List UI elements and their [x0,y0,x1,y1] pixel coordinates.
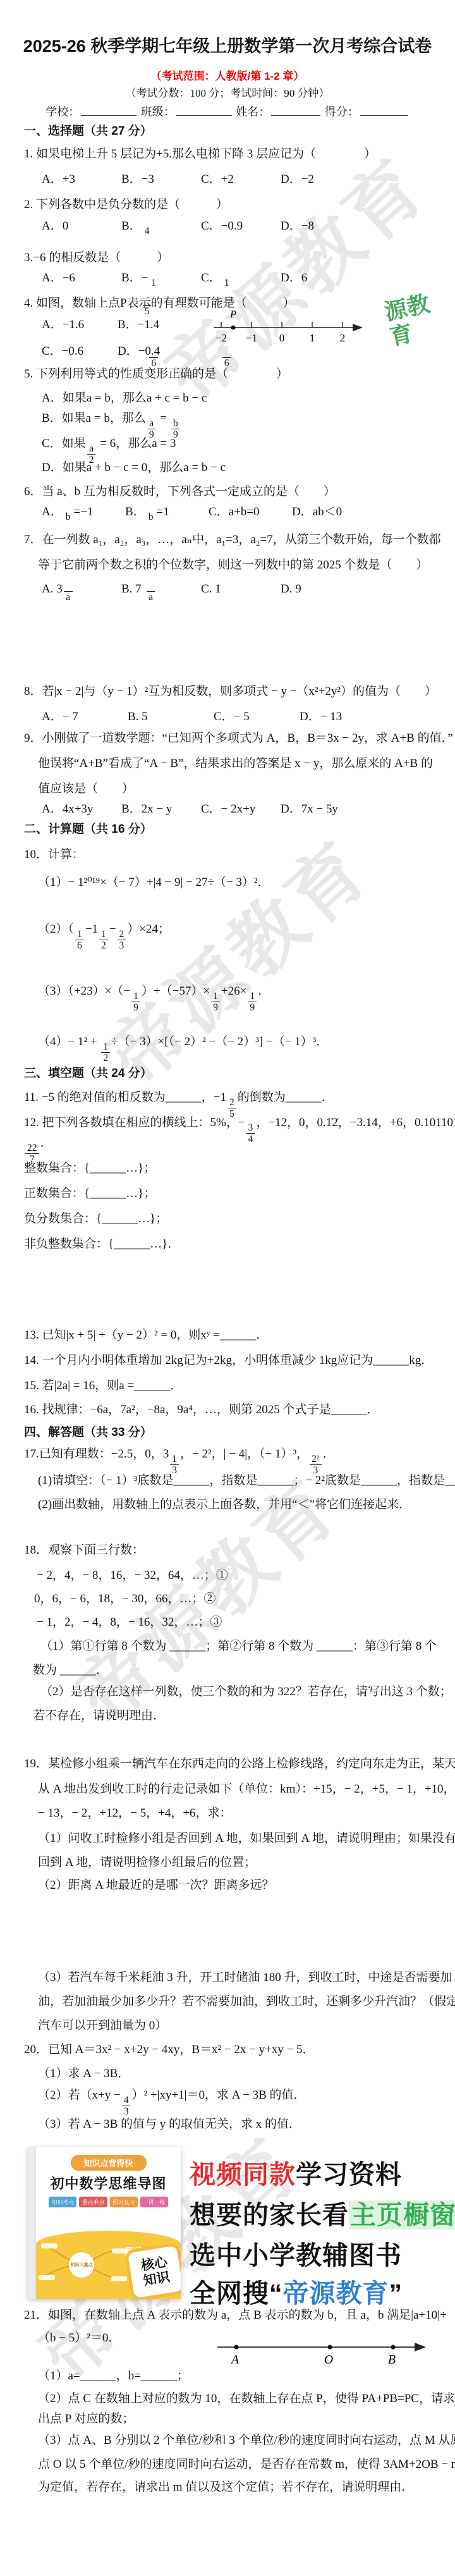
question-9-stem-line2: 他误将“A+B”看成了“A − B”，结果求出的答案是 x − y，那么原来的 … [24,756,433,772]
q1-option-c: C．+2 [201,172,281,188]
section-3-heading: 三、填空题（共 24 分） [24,1066,152,1082]
q10-part-2: （2）（16−112−23）×24； [24,922,170,951]
ad-line-2-pre: 想要的家长看 [190,2200,349,2229]
q19-sub-2: （2）距离 A 地最近的是哪一次？距离多远？ [24,1878,274,1894]
q4-tick-label: −2 [215,332,227,344]
q4-tick-label: 2 [340,332,346,344]
question-8-options: A．− 7 B. 5 C．− 5 D．− 13 [24,709,385,725]
q18-sub-2-cont: 若不存在，请说明理由． [24,1708,165,1724]
ad-brand-name: 帝源教育 [283,2279,389,2308]
core-knowledge-badge: 核心知识 [124,2242,181,2299]
class-label: 班级： [141,106,175,118]
q9-option-d: D．7x − 5y [281,802,360,818]
q4-point-p-dot [231,326,236,330]
q18-row-1: − 2，4，− 8，16，− 32，64，…；① [24,1568,228,1584]
book-front-cover: 知识点背得快 初中数学思维导图 知识考点 重点难点 预习复习 一讲一练 [36,2147,181,2299]
question-9-stem-line1: 9．小刚做了一道数学题：“已知两个多项式为 A，B，B＝3x − 2y，求 A+… [24,731,453,747]
q7-option-a: A. 3 [42,582,121,598]
question-21-stem-line2: （b − 5）²＝0． [24,2331,120,2346]
q21-sub-3-cont2: 为定值，若存在，请求出 m 值以及这个定值；若不存在，请说明理由． [24,2480,413,2496]
q8-option-d: D．− 13 [300,709,385,725]
q21-label-b: B [388,2353,396,2367]
question-18-stem: 18．观察下面三行数： [24,1543,144,1559]
ad-line-1-highlight: 视频同款 [190,2160,296,2189]
q4-option-b: B．−1.4 [118,317,193,333]
exam-page: 帝源教育 帝源教育 帝源教育 帝源教育 源教育 2025-26 秋季学期七年级上… [0,0,455,2576]
book-title: 初中数学思维导图 [36,2173,181,2193]
q17-sub-1: (1)请填空：（− 1）³底数是______，指数是______；− 2²底数是… [24,1473,455,1489]
q18-row-2: 0，6，− 6，18，− 30，66，…；② [24,1592,215,1607]
q19-sub-3-cont1: 油，若加油最少加多少升？若不需要加油，到收工时，还剩多少升汽油？（假定 [24,1994,455,2010]
question-3-stem: 3.−6 的相反数是（ ） [24,250,169,266]
ad-line-1-rest: 学习资料 [296,2160,402,2189]
question-4-options-row2: C．−0.6 D．−0.4 [24,344,193,360]
q10-part-4: （4）− 1² + 12÷（− 3）×[（− 2）² −（− 2）³] −（− … [24,1034,328,1064]
q18-sub-1: （1）第①行第 8 个数为 ______；第②行第 8 个数为 ______：第… [24,1639,437,1655]
q20-sub-2: （2）若（x+y −43）² +|xy+1|＝0，求 A − 3B 的值． [24,2088,306,2117]
book-cover-image: 知识点背得快 初中数学思维导图 知识考点 重点难点 预习复习 一讲一练 [28,2147,181,2299]
q1-option-d: D．−2 [281,172,360,188]
question-19-stem-line1: 19．某检修小组乘一辆汽车在东西走向的公路上检修线路，约定向东走为正，某天 [24,1757,455,1772]
question-6-stem: 6．当 a、b 互为相反数时，下列各式一定成立的是（ ） [24,484,336,500]
q19-sub-3-cont2: 汽车可以开到油量为 0） [24,2018,167,2034]
q9-option-b: B．2x − y [121,802,201,818]
q21-point-o-dot [327,2345,332,2349]
q12-set-integers: 整数集合：{______…}； [24,1161,155,1177]
question-8-stem: 8．若|x − 2|与（y − 1）²互为相反数，则多项式 − y −（x²+2… [24,684,437,700]
q21-sub-2: （2）点 C 在数轴上对应的数为 10，在数轴上存在点 P，使得 PA+PB=P… [24,2391,455,2407]
question-17-stem: 17.已知有理数：−2.5，0，313，− 2²，| − 4|，（− 1）³，2… [24,1447,335,1476]
q19-sub-3: （3）若汽车每千米耗油 3 升，开工时储油 180 升，到收工时，中途是否需要加 [24,1970,452,1986]
question-13-stem: 13. 已知|x + 5| +（y − 2）² = 0，则xʸ =______． [24,1328,268,1344]
q21-numberline: A O B [217,2336,427,2370]
q7-option-c: C. 1 [201,582,281,598]
q5-option-a: A．如果a = b，那么a + c = b − c [24,391,207,407]
book-tag: 一讲一练 [140,2197,168,2207]
question-20-stem: 20．已知 A＝3x² − x+2y − 4xy，B＝x² − 2x − y+x… [24,2042,315,2058]
q19-sub-1-cont: 回到 A 地，请说明检修小组最后的位置； [24,1855,256,1871]
student-fields: 学校： 班级： 姓名： 得分： [0,103,455,120]
q8-option-b: B. 5 [128,709,214,725]
q7-option-b: B. 7 [121,582,201,598]
q17-sub-2: (2)画出数轴，用数轴上的点表示上面各数，并用“＜”将它们连接起来． [24,1497,411,1513]
q4-point-p-label: P [229,309,236,320]
q12-set-negative-fractions: 负分数集合：{______…}； [24,1211,167,1227]
ad-line-2: 想要的家长看主页橱窗 [190,2194,455,2231]
question-16-stem: 16. 找规律：−6a，7a²，−8a，9a⁴，…，则第 2025 个式子是__… [24,1402,379,1418]
ad-line-2-highlight: 主页橱窗 [349,2200,455,2229]
q4-option-a: A．−1.6 [42,317,118,333]
school-blank [81,103,136,116]
q4-numberline: P −2 −1 0 1 2 [212,309,364,357]
q21-point-a-dot [234,2345,238,2349]
ad-line-1: 视频同款学习资料 [190,2154,402,2191]
name-label: 姓名： [236,106,270,118]
q21-sub-1: （1）a=______，b=______； [24,2369,189,2384]
question-19-stem-line3: − 13，− 2，+12，− 5，+4，+6，求： [24,1806,232,1822]
green-stamp: 源教育 [382,287,454,349]
page-title: 2025-26 秋季学期七年级上册数学第一次月考综合试卷 [0,35,455,58]
q9-option-c: C．− 2x+y [201,802,281,818]
book-tags: 知识考点 重点难点 预习复习 一讲一练 [36,2197,181,2207]
book-center-circle: 知识大重点 [69,2252,94,2278]
q20-sub-1: （1）求 A − 3B． [24,2066,130,2082]
q4-option-d: D．−0.4 [118,344,193,360]
question-7-options: A. 3 B. 7 C. 1 D. 9 [24,582,360,598]
q18-sub-1-cont: 数为 ______． [24,1663,108,1679]
ad-line-4-post: ” [389,2279,403,2308]
q4-tick-label: 1 [310,332,315,344]
q10-part-3: （3）（+23）×（−19）+（−57）×19+26×19． [24,984,270,1013]
question-1-stem: 1. 如果电梯上升 5 层记为+5.那么电梯下降 3 层应记为（ ） [24,147,376,163]
book-tag: 重点难点 [79,2197,107,2207]
question-15-stem: 15. 若|2a| = 16，则a =______． [24,1378,182,1394]
q8-option-c: C．− 5 [214,709,300,725]
q21-label-o: O [324,2353,333,2367]
question-12-stem: 12. 把下列各数填在相应的横线上：5%，−34，−12，0，0.1̇2̇，−3… [24,1115,455,1144]
question-4-options-row1: A．−1.6 B．−1.4 [24,317,193,333]
q20-sub-3: （3）若 A − 3B 的值与 y 的取值无关，求 x 的值． [24,2117,301,2133]
score-label: 得分： [325,106,359,118]
school-label: 学校： [45,106,80,118]
core-knowledge-badge-text: 核心知识 [139,2255,173,2290]
q10-part-1: （1）− 1²⁰¹⁹×（− 7）+|4 − 9| − 27÷（− 3）²． [24,875,270,891]
ad-line-3: 选中小学教辅图书 [190,2235,402,2272]
question-9-stem-line3: 值应该是（ ） [24,782,134,797]
question-21-stem-line1: 21．如图，在数轴上点 A 表示的数为 a，点 B 表示的数为 b，且 a，b … [24,2308,447,2324]
q4-tick-label: −1 [246,332,257,344]
question-14-stem: 14. 一个月内小明体重增加 2kg记为+2kg，小明体重减少 1kg应记为__… [24,1353,433,1369]
q18-sub-2: （2）是否存在这样一列数，使三个数的和为 322？若存在，请写出这 3 个数； [24,1684,452,1700]
q7-option-d: D. 9 [281,582,360,598]
exam-info: （考试分数：100 分；考试时间：90 分钟） [0,87,455,101]
section-4-heading: 四、解答题（共 33 分） [24,1425,152,1441]
book-banner-pill: 知识点背得快 [71,2155,147,2171]
q5-option-d: D．如果a + b − c = 0，那么a = b − c [24,460,226,476]
book-tag: 知识考点 [49,2197,76,2207]
question-1-options: A．+3 B．−3 C．+2 D．−2 [24,172,360,188]
q19-sub-1: （1）问收工时检修小组是否回到 A 地，如果回到 A 地，请说明理由；如果没有 [24,1831,455,1847]
q18-row-3: − 1，2，− 4，8，− 16，32，…；③ [24,1615,222,1631]
q21-sub-3: （3）点 A、B 分别以 2 个单位/秒和 3 个单位/秒的速度同时向右运动，点… [24,2433,455,2449]
book-tag: 预习复习 [110,2197,138,2207]
question-2-stem: 2. 下列各数中是负分数的是（ ） [24,197,228,213]
question-9-options: A．4x+3y B．2x − y C．− 2x+y D．7x − 5y [24,802,360,818]
question-7-stem-line1: 7．在一列数 a₁，a₂，a₃，…，aₙ中，a₁=3，a₂=7，从第三个数开始，… [24,532,441,548]
q9-option-a: A．4x+3y [42,802,121,818]
q12-set-nonneg-integers: 非负整数集合：{______…}． [24,1237,179,1253]
ad-line-4: 全网搜“帝源教育” [190,2272,403,2310]
class-blank [176,103,232,116]
q21-sub-3-cont1: 点 O 以 5 个单位/秒的速度同时向右运动，是否存在常数 m，使得 3AM+2… [24,2457,455,2473]
section-2-heading: 二、计算题（共 16 分） [24,822,152,838]
q8-option-a: A．− 7 [42,709,128,725]
section-1-heading: 一、选择题（共 27 分） [24,124,152,140]
q4-option-c: C．−0.6 [42,344,118,360]
question-10-head: 10．计算： [24,847,84,863]
name-blank [271,103,320,116]
q1-option-b: B．−3 [121,172,201,188]
question-7-stem-line2: 等于它前两个数之积的个位数字，则这一列数中的第 2025 个数是（ ） [24,558,428,573]
q21-sub-2-cont: 出点 P 对应的数； [24,2412,134,2427]
question-19-stem-line2: 从 A 地出发到收工时的行走记录如下（单位：km）：+15，− 2，+5，− 1… [24,1782,455,1798]
q21-label-a: A [230,2353,240,2367]
score-blank [360,103,408,116]
book-spine [28,2147,36,2299]
q1-option-a: A．+3 [42,172,121,188]
q12-set-positives: 正数集合：{______…}； [24,1186,155,1202]
question-5-stem: 5. 下列利用等式的性质变形正确的是（ ） [24,367,288,383]
q4-tick-label: 0 [279,332,285,344]
ad-line-4-pre: 全网搜“ [190,2279,283,2308]
q21-point-b-dot [391,2345,395,2349]
exam-scope: （考试范围：人教版/第 1-2 章） [0,70,455,83]
ad-banner: 知识点背得快 初中数学思维导图 知识考点 重点难点 预习复习 一讲一练 [24,2142,449,2305]
